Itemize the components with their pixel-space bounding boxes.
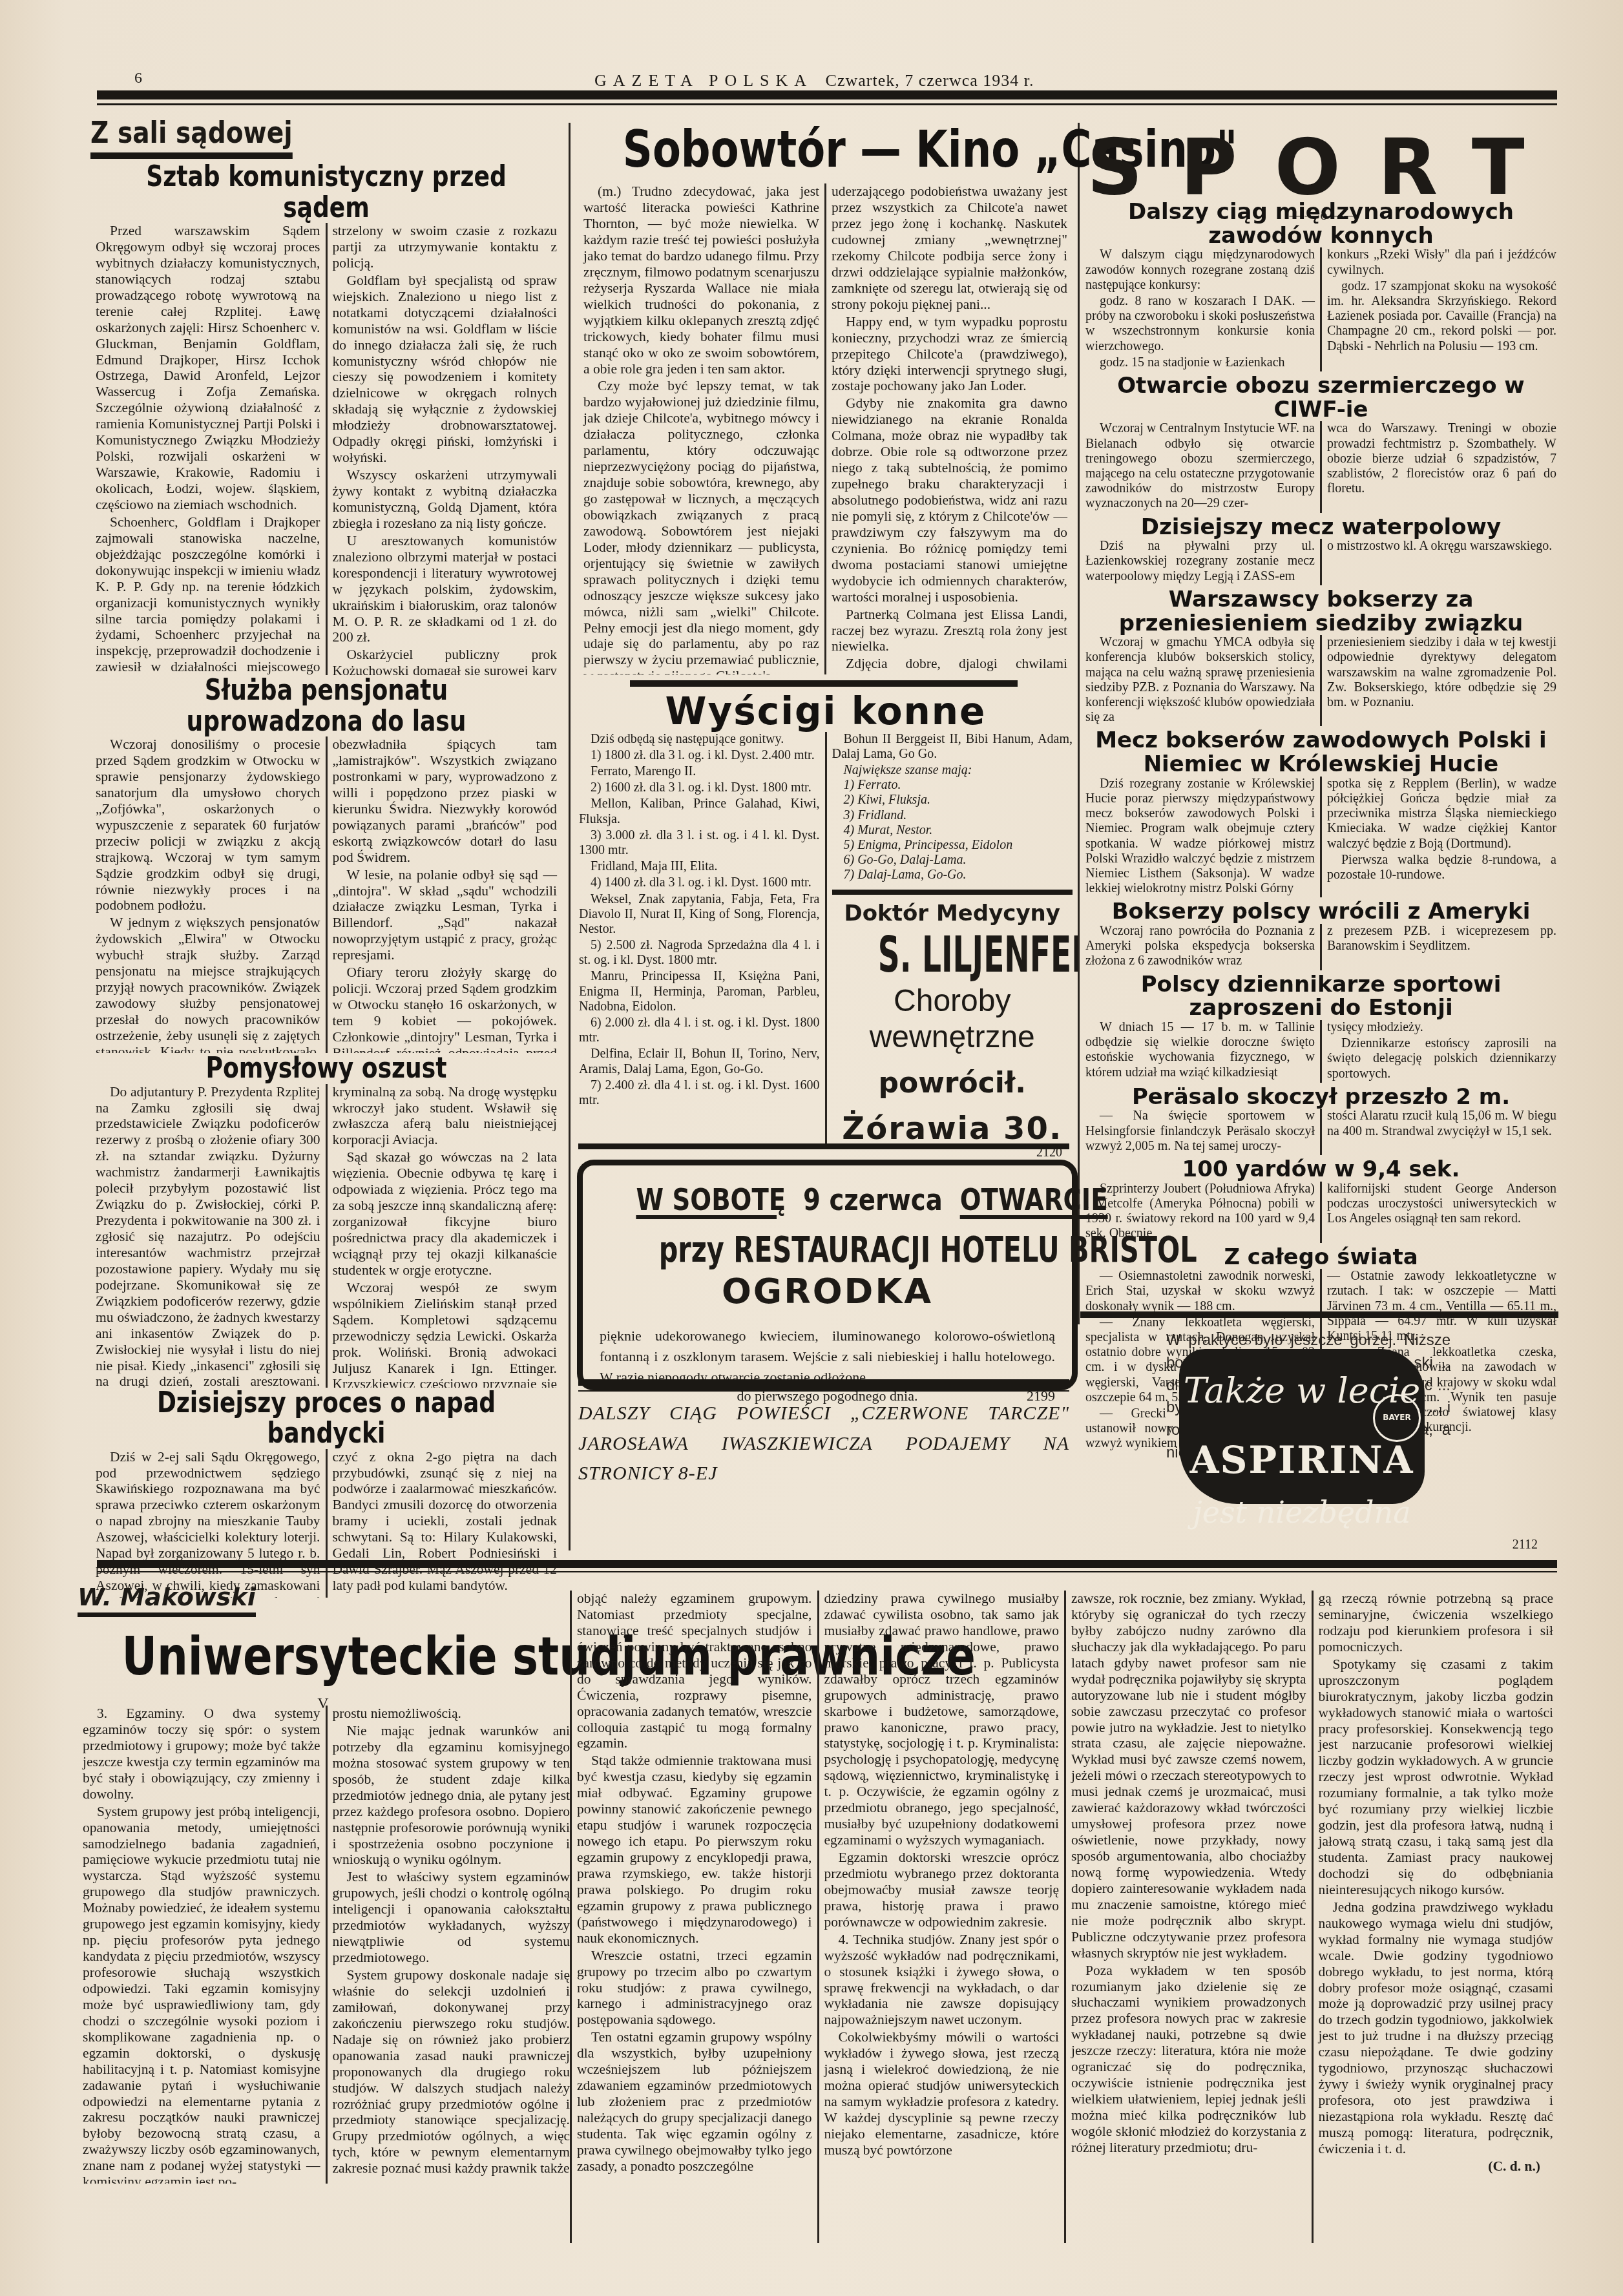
text-column: Szprinterzy Joubert (Południowa Afryka) … — [1080, 1182, 1320, 1243]
separator-rule — [578, 1143, 1069, 1149]
newspaper-page: 6 GAZETA POLSKA Czwartek, 7 czerwca 1934… — [0, 0, 1623, 2296]
text-column: Wczoraj donosiliśmy o procesie przed Sąd… — [90, 736, 326, 1053]
text-column: Dziś odbędą się następujące gonitwy. 1) … — [574, 732, 825, 1145]
masthead: GAZETA POLSKA Czwartek, 7 czerwca 1934 r… — [594, 71, 1034, 90]
text-column: Wczoraj w Centralnym Instytucie WF. na B… — [1080, 421, 1320, 512]
brand-name: ASPIRINA — [1179, 1433, 1425, 1487]
sport-article: Mecz bokserów zawodowych Polski i Niemie… — [1080, 729, 1562, 897]
article-headline: Dzisiejszy proces o napad bandycki — [133, 1388, 520, 1449]
issue-date: Czwartek, 7 czerwca 1934 r. — [826, 71, 1034, 90]
separator-rule — [578, 1379, 1069, 1386]
feature-header: W. Makowski Uniwersyteckie studjum prawn… — [78, 1583, 569, 1713]
text-column: konkurs „Rzeki Wisły" dla pań i jeźdźców… — [1320, 247, 1562, 371]
doctor-address: Żórawia 30. — [832, 1111, 1073, 1145]
newspaper-title: GAZETA POLSKA — [594, 71, 813, 90]
text-column: z prezesem PZB. i wiceprezesem pp. Baran… — [1320, 924, 1562, 970]
ad-body: pięknie udekorowanego kwieciem, iluminow… — [600, 1326, 1055, 1388]
separator-rule-thin — [578, 1390, 1069, 1392]
article-body: Szprinterzy Joubert (Południowa Afryka) … — [1080, 1182, 1562, 1243]
text-column: (m.) Trudno zdecydować, jaka jest wartoś… — [578, 183, 824, 674]
article-headline: Bokserzy polscy wrócili z Ameryki — [1080, 900, 1562, 924]
text-column: Dziś na pływalni przy ul. Łazienkowskiej… — [1080, 539, 1320, 585]
article-headline: Wyścigi konne — [574, 691, 1078, 732]
article-headline: Uniwersyteckie studjum prawnicze — [121, 1629, 524, 1686]
article-body: Wczoraj donosiliśmy o procesie przed Sąd… — [90, 736, 562, 1053]
text-column: dziedziny prawa cywilnego musiałby zdawa… — [817, 1591, 1065, 2243]
article-headline: 100 yardów w 9,4 sek. — [1080, 1158, 1562, 1182]
doctor-name: S. LILJENFELD-KRZEWSKI — [877, 926, 1027, 983]
byline: W. Makowski — [78, 1583, 256, 1617]
ad-headline: W SOBOTĘ 9 czerwca OTWARCIE — [636, 1182, 1018, 1217]
article-body: (m.) Trudno zdecydować, jaka jest wartoś… — [578, 183, 1073, 674]
chances-list: Największe szanse mają: 1) Ferrato. 2) K… — [832, 763, 1073, 883]
text-column: zawsze, rok rocznie, bez zmiany. Wykład,… — [1064, 1591, 1312, 2243]
hotel-bristol-ad: W SOBOTĘ 9 czerwca OTWARCIE przy RESTAUR… — [577, 1160, 1078, 1390]
article-body: Dziś w 2-ej sali Sądu Okręgowego, pod pr… — [90, 1449, 562, 1598]
article-body: Wczoraj w gmachu YMCA odbyła się konfere… — [1080, 635, 1562, 726]
continued-marker: (C. d. n.) — [1319, 2158, 1554, 2175]
article-body: W dniach 15 — 17 b. m. w Tallinie odbędz… — [1080, 1020, 1562, 1083]
ad-number: 2112 — [1486, 1538, 1538, 1552]
aspirin-ad: W praktyce było jeszcze gorzej. Niższe b… — [1166, 1330, 1450, 1549]
article-headline: Warszawscy bokserzy za przeniesieniem si… — [1080, 588, 1562, 635]
sport-article: Dalszy ciąg międzynarodowych zawodów kon… — [1080, 200, 1562, 371]
text-column: spotka się z Repplem (Berlin), w wadze p… — [1320, 777, 1562, 898]
ad-subject: OGRODKA — [600, 1271, 1055, 1311]
text-column: prostu niemożliwością. Nie mając jednak … — [326, 1706, 576, 2184]
article-headline: Peräsalo skoczył przeszło 2 m. — [1080, 1085, 1562, 1109]
sport-article: Bokserzy polscy wrócili z AmerykiWczoraj… — [1080, 900, 1562, 970]
text-column: Wczoraj w gmachu YMCA odbyła się konfere… — [1080, 635, 1320, 726]
text-column: 3. Egzaminy. O dwa systemy egzaminów toc… — [78, 1706, 326, 2184]
article-headline: Otwarcie obozu szermierczego w CIWF-ie — [1080, 374, 1562, 421]
text-column: wca do Warszawy. Treningi w obozie prowa… — [1320, 421, 1562, 512]
masthead-rule — [97, 90, 1557, 99]
article-headline: Pomysłowy oszust — [133, 1053, 520, 1084]
doctor-status: powrócił. — [832, 1067, 1073, 1100]
text-column: Przed warszawskim Sądem Okręgowym odbył … — [90, 223, 326, 675]
sport-article: 100 yardów w 9,4 sek.Szprinterzy Joubert… — [1080, 1158, 1562, 1242]
text-column: kalifornijski student George Anderson po… — [1320, 1182, 1562, 1243]
column-divider — [569, 123, 571, 1550]
text-column: przeniesieniem siedziby i dała w tej kwe… — [1320, 635, 1562, 726]
article-headline: Mecz bokserów zawodowych Polski i Niemie… — [1080, 729, 1562, 776]
film-review: Sobowtór — Kino „Casino" (m.) Trudno zde… — [578, 123, 1073, 674]
text-column: Bohun II Berggeist II, Bibi Hanum, Adam,… — [825, 732, 1078, 1145]
section-label: Z sali sądowej — [90, 115, 293, 159]
article-body: Dziś rozegrany zostanie w Królewskiej Hu… — [1080, 777, 1562, 898]
article-body: — Na święcie sportowem w Helsingforsie f… — [1080, 1109, 1562, 1155]
court-article-2: Służba pensjonatu uprowadzona do lasu Wc… — [90, 675, 562, 1053]
article-body: Przed warszawskim Sądem Okręgowym odbył … — [90, 223, 562, 675]
sport-article: Polscy dziennikarze sportowi zaproszeni … — [1080, 973, 1562, 1083]
article-body: Do adjutantury P. Prezydenta Rzplitej na… — [90, 1084, 562, 1388]
ad-tagline-2: jest niezbędna — [1179, 1491, 1425, 1534]
text-column: uderzającego podobieństwa uważany jest p… — [824, 183, 1073, 674]
sport-article: Otwarcie obozu szermierczego w CIWF-ieWc… — [1080, 374, 1562, 513]
text-column: W dniach 15 — 17 b. m. w Tallinie odbędz… — [1080, 1020, 1320, 1083]
article-body: W dalszym ciągu międzynarodowych zawodów… — [1080, 247, 1562, 371]
feature-body-right: objąć należy egzaminem grupowym. Natomia… — [570, 1591, 1558, 2243]
separator-rule — [832, 890, 1073, 895]
section-rule — [97, 1560, 1557, 1568]
text-column: objąć należy egzaminem grupowym. Natomia… — [572, 1591, 817, 2243]
sport-articles: Dalszy ciąg międzynarodowych zawodów kon… — [1080, 200, 1562, 1452]
text-column: kryminalną za sobą. Na drogę występku wk… — [326, 1084, 563, 1388]
race-list: Dziś odbędą się następujące gonitwy. 1) … — [574, 732, 1078, 1145]
serial-notice: DALSZY CIĄG POWIEŚCI „CZERWONE TARCZE" J… — [578, 1399, 1069, 1489]
sport-article: Dzisiejszy mecz waterpolowyDziś na pływa… — [1080, 516, 1562, 585]
text-column: czyć z okna 2-go piętra na dach przybudó… — [326, 1449, 563, 1598]
column-divider — [1078, 123, 1080, 1324]
ad-venue: przy RESTAURACJI HOTELU BRISTOL — [659, 1229, 996, 1271]
article-headline: Służba pensjonatu uprowadzona do lasu — [133, 675, 520, 736]
aspirin-banner: Także w lecie ASPIRINA jest niezbędna BA… — [1179, 1349, 1425, 1504]
text-column: Dziś rozegrany zostanie w Królewskiej Hu… — [1080, 777, 1320, 898]
article-headline: Dzisiejszy mecz waterpolowy — [1080, 516, 1562, 539]
court-article-1: Sztab komunistyczny przed sądem Przed wa… — [90, 162, 562, 675]
sport-article: Peräsalo skoczył przeszło 2 m.— Na święc… — [1080, 1085, 1562, 1155]
section-rule-thin — [97, 1571, 1557, 1572]
separator-rule — [630, 680, 1018, 687]
article-body: Wczoraj rano powróciła do Poznania z Ame… — [1080, 924, 1562, 970]
text-column: gą rzeczą równie potrzebną są prace semi… — [1312, 1591, 1559, 2243]
court-article-3: Pomysłowy oszust Do adjutantury P. Prezy… — [90, 1053, 562, 1388]
text-column: o mistrzostwo kl. A okręgu warszawskiego… — [1320, 539, 1562, 585]
text-column: obezwładniła śpiących tam „łamistrajków"… — [326, 736, 563, 1053]
article-headline: Z całego świata — [1080, 1246, 1562, 1269]
doctor-ad: Doktór Medycyny S. LILJENFELD-KRZEWSKI C… — [832, 901, 1073, 1145]
text-column: — Na święcie sportowem w Helsingforsie f… — [1080, 1109, 1320, 1155]
text-column: Do adjutantury P. Prezydenta Rzplitej na… — [90, 1084, 326, 1388]
text-column: tysięcy młodzieży.Dziennikarze estońscy … — [1320, 1020, 1562, 1083]
text-column: Wczoraj rano powróciła do Poznania z Ame… — [1080, 924, 1320, 970]
article-body: Wczoraj w Centralnym Instytucie WF. na B… — [1080, 421, 1562, 512]
article-headline: Sztab komunistyczny przed sądem — [133, 162, 520, 223]
text-column: W dalszym ciągu międzynarodowych zawodów… — [1080, 247, 1320, 371]
court-section: Z sali sądowej Sztab komunistyczny przed… — [90, 115, 562, 1598]
page-number: 6 — [134, 70, 142, 87]
doctor-title: Doktór Medycyny — [832, 901, 1073, 926]
text-column: strzelony w swoim czasie z rozkazu partj… — [326, 223, 563, 675]
text-column: Dziś w 2-ej sali Sądu Okręgowego, pod pr… — [90, 1449, 326, 1598]
article-headline: Sobowtór — Kino „Casino" — [623, 123, 1028, 177]
feature-body-left: 3. Egzaminy. O dwa systemy egzaminów toc… — [78, 1706, 575, 2184]
separator-rule — [1080, 1311, 1558, 1318]
sport-title: SPORT — [1085, 129, 1564, 207]
article-headline: Polscy dziennikarze sportowi zaproszeni … — [1080, 973, 1562, 1020]
text-column: stości Alaratu rzucił kulą 15,06 m. W bi… — [1320, 1109, 1562, 1155]
horse-races: Wyścigi konne Dziś odbędą się następując… — [574, 691, 1078, 1160]
sport-article: Warszawscy bokserzy za przeniesieniem si… — [1080, 588, 1562, 727]
article-headline: Dalszy ciąg międzynarodowych zawodów kon… — [1080, 200, 1562, 247]
masthead-rule-thin — [97, 103, 1557, 105]
article-body: Dziś na pływalni przy ul. Łazienkowskiej… — [1080, 539, 1562, 585]
doctor-specialty: Choroby wewnętrzne — [832, 983, 1073, 1055]
bayer-cross-logo-icon: BAYER — [1373, 1394, 1421, 1442]
